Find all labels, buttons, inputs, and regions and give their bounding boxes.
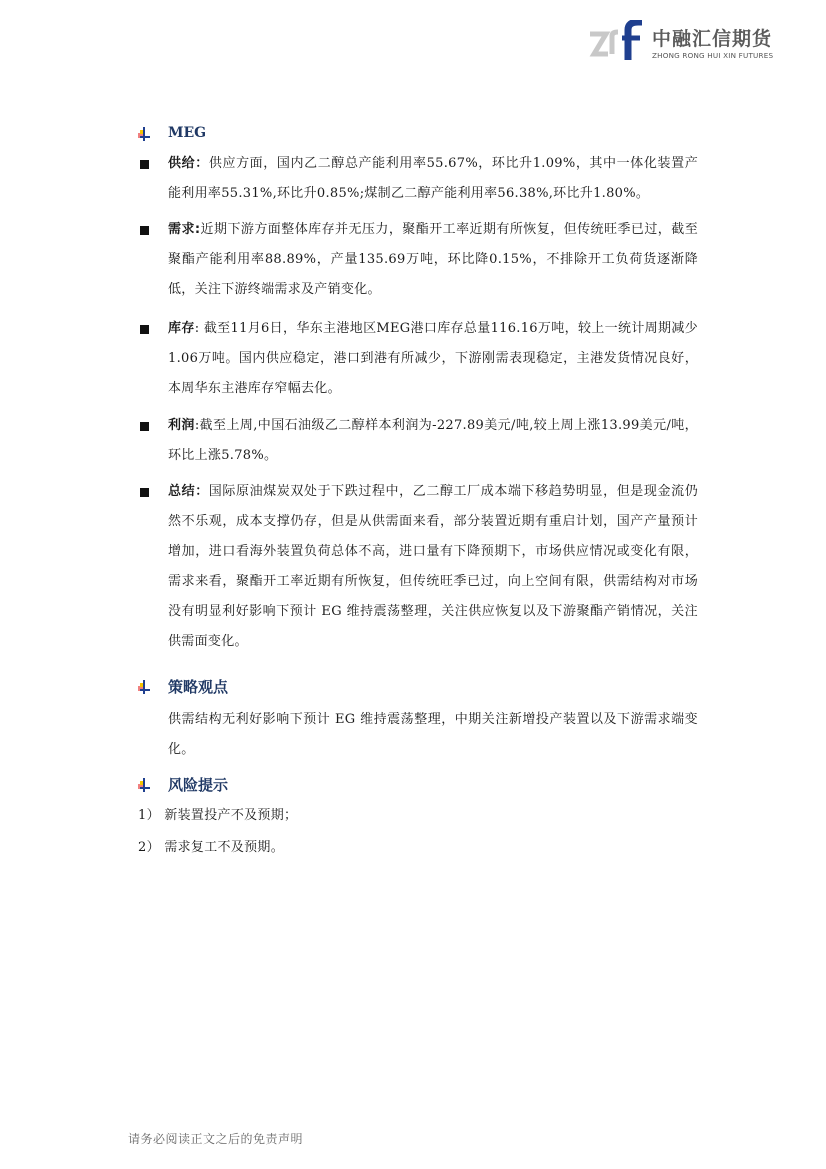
risk-number: 2） bbox=[138, 840, 160, 855]
bullet-summary: 总结：国际原油煤炭双处于下跌过程中，乙二醇工厂成本端下移趋势明显，但是现金流仍然… bbox=[138, 477, 698, 657]
risk-item: 2） 需求复工不及预期。 bbox=[138, 838, 284, 858]
section-heading-meg: MEG bbox=[138, 121, 206, 145]
square-bullet-icon bbox=[140, 226, 149, 235]
company-logo: 中融汇信期货 ZHONG RONG HUI XIN FUTURES bbox=[588, 20, 788, 64]
section-heading-risk: 风险提示 bbox=[138, 772, 228, 796]
section-heading-strategy: 策略观点 bbox=[138, 674, 228, 698]
bullet-label: 库存 bbox=[168, 321, 195, 336]
zrf-logo-mark-icon bbox=[588, 20, 648, 60]
bullet-text: :截至上周,中国石油级乙二醇样本利润为-227.89美元/吨,较上周上涨13.9… bbox=[168, 418, 698, 463]
bullet-inventory: 库存: 截至11月6日，华东主港地区MEG港口库存总量116.16万吨，较上一统… bbox=[138, 314, 698, 404]
square-bullet-icon bbox=[140, 488, 149, 497]
risk-text: 新装置投产不及预期； bbox=[164, 808, 297, 823]
arrow-down-colorful-icon bbox=[138, 679, 152, 693]
arrow-down-colorful-icon bbox=[138, 777, 152, 791]
bullet-label: 总结： bbox=[168, 484, 209, 499]
bullet-label: 需求: bbox=[168, 222, 200, 237]
section-title: MEG bbox=[168, 125, 206, 141]
section-title: 风险提示 bbox=[168, 774, 228, 795]
bullet-label: 供给： bbox=[168, 156, 209, 171]
bullet-label: 利润 bbox=[168, 418, 195, 433]
strategy-text: 供需结构无利好影响下预计 EG 维持震荡整理，中期关注新增投产装置以及下游需求端… bbox=[168, 705, 698, 765]
footer-disclaimer: 请务必阅读正文之后的免责声明 bbox=[128, 1130, 303, 1147]
bullet-profit: 利润:截至上周,中国石油级乙二醇样本利润为-227.89美元/吨,较上周上涨13… bbox=[138, 411, 698, 471]
bullet-demand: 需求:近期下游方面整体库存并无压力，聚酯开工率近期有所恢复，但传统旺季已过，截至… bbox=[138, 215, 698, 305]
bullet-text: : 截至11月6日，华东主港地区MEG港口库存总量116.16万吨，较上一统计周… bbox=[168, 321, 698, 396]
risk-item: 1） 新装置投产不及预期； bbox=[138, 806, 297, 826]
section-title: 策略观点 bbox=[168, 676, 228, 697]
square-bullet-icon bbox=[140, 160, 149, 169]
square-bullet-icon bbox=[140, 325, 149, 334]
company-name-cn: 中融汇信期货 bbox=[652, 24, 772, 51]
company-name-en: ZHONG RONG HUI XIN FUTURES bbox=[652, 51, 773, 60]
bullet-text: 供应方面，国内乙二醇总产能利用率55.67%，环比升1.09%，其中一体化装置产… bbox=[168, 156, 698, 201]
arrow-down-colorful-icon bbox=[138, 126, 152, 140]
square-bullet-icon bbox=[140, 422, 149, 431]
bullet-supply: 供给：供应方面，国内乙二醇总产能利用率55.67%，环比升1.09%，其中一体化… bbox=[138, 149, 698, 209]
risk-text: 需求复工不及预期。 bbox=[164, 840, 284, 855]
risk-number: 1） bbox=[138, 808, 160, 823]
bullet-text: 国际原油煤炭双处于下跌过程中，乙二醇工厂成本端下移趋势明显，但是现金流仍然不乐观… bbox=[168, 484, 698, 649]
bullet-text: 近期下游方面整体库存并无压力，聚酯开工率近期有所恢复，但传统旺季已过，截至聚酯产… bbox=[168, 222, 698, 297]
